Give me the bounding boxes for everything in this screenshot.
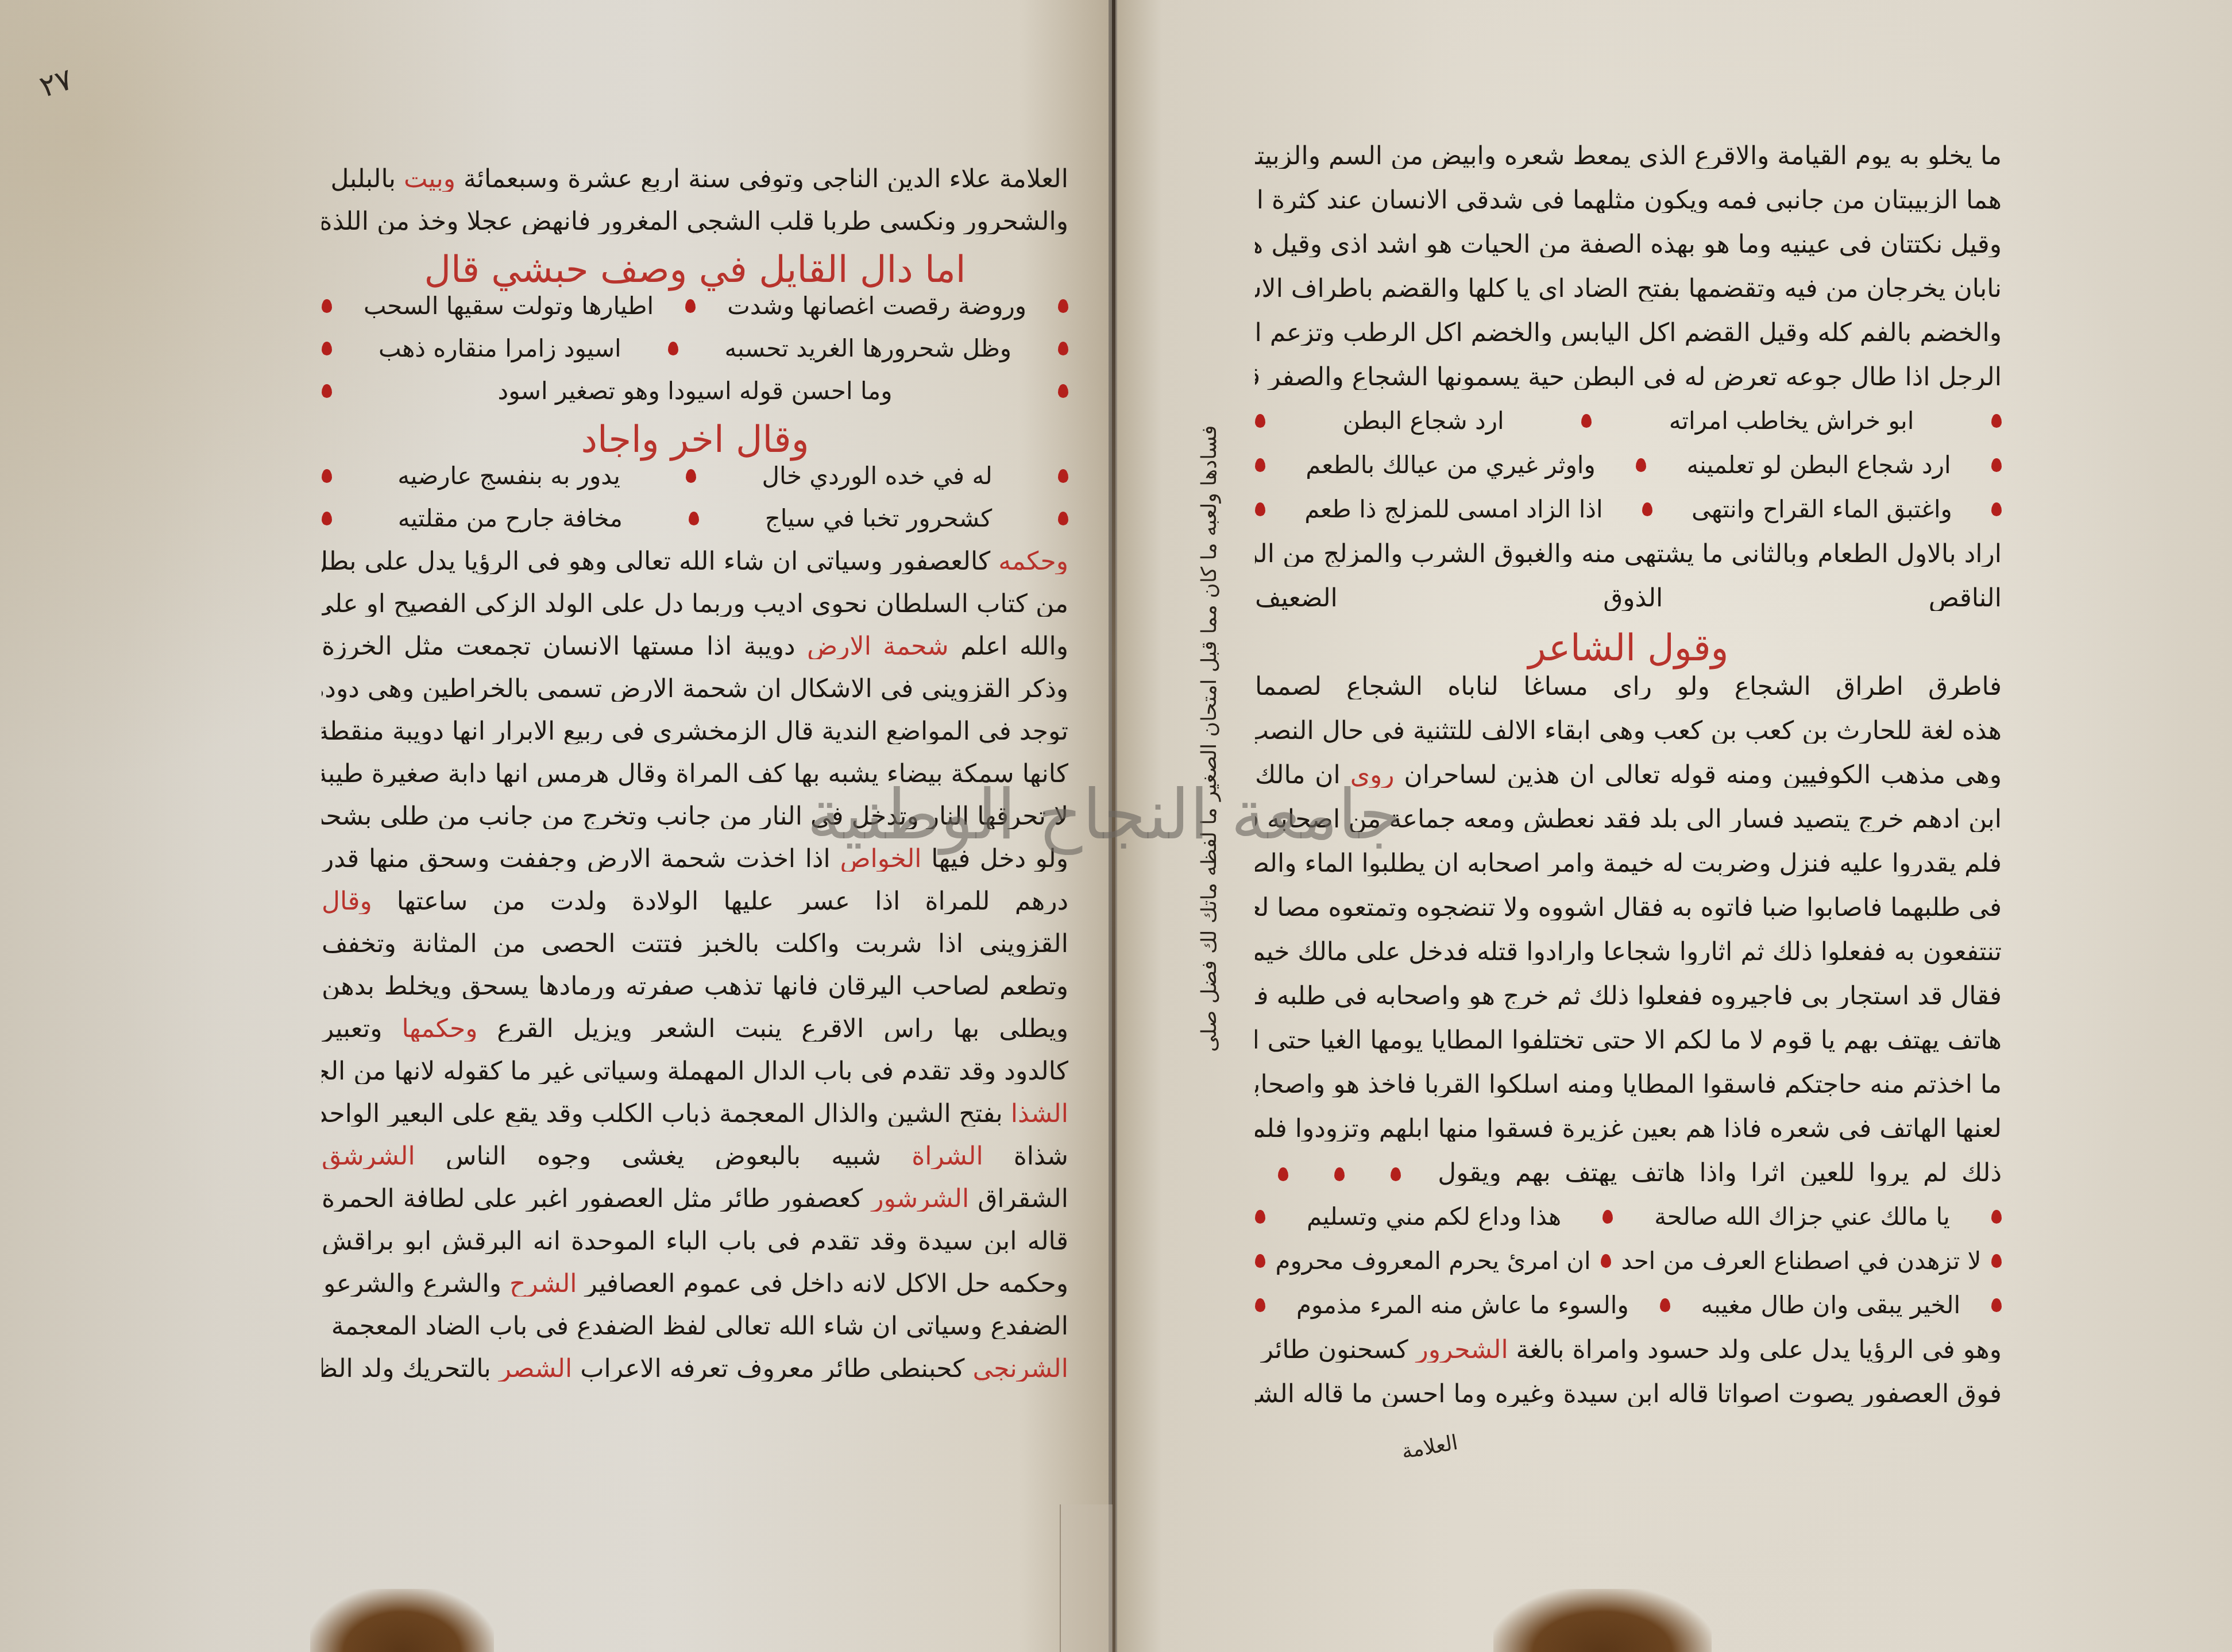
spine-fold-tab <box>1060 1504 1113 1652</box>
verse-marker-icon <box>1278 1167 1288 1181</box>
text-segment: وتعبير <box>322 1016 383 1042</box>
text-segment: وقيل نكتتان في عينيه وما هو بهذه الصفة م… <box>1255 232 2002 257</box>
verse-marker-icon <box>1991 414 2002 428</box>
text-segment: درهم للمراة اذا عسر عليها الولادة ولدت م… <box>372 889 1068 914</box>
hemistich: ابو خراش يخاطب امراته <box>1669 409 1914 433</box>
text-segment: ذلك لم يروا للعين اثرا واذا هاتف يهتف به… <box>1424 1160 2002 1186</box>
hemistich: ان امرئ يحرم المعروف محروم <box>1276 1249 1591 1273</box>
text-line: القزويني اذا شربت واكلت بالخبز فتتت الحص… <box>322 931 1068 957</box>
water-stain-right <box>1493 1589 1712 1652</box>
hemistich: يا مالك عني جزاك الله صالحة <box>1654 1205 1950 1229</box>
text-segment: وهي مذهب الكوفيين ومنه قوله تعالى ان هذي… <box>1395 763 2002 788</box>
text-segment: وحكمه حل الاكل لانه داخل في عموم العصافي… <box>577 1271 1068 1297</box>
rubric-word: الشرشور <box>863 1186 969 1212</box>
rubric-word: الخواص <box>831 846 922 872</box>
verse-marker-icon <box>1991 458 2002 472</box>
rubric-word: وبيت <box>396 167 455 192</box>
verse-line: لا تزهدن في اصطناع العرف من احدان امرئ ي… <box>1255 1249 2002 1273</box>
text-line: شذاة الشراة شبيه بالبعوض يغشى وجوه الناس… <box>322 1144 1068 1169</box>
rubric-word: الشراة <box>881 1144 983 1169</box>
text-line: والله اعلم شحمة الارض دويبة اذا مستها ال… <box>322 634 1068 659</box>
text-line: توجد في المواضع الندية قال الزمخشري في ر… <box>322 719 1068 744</box>
text-line: كانها سمكة بيضاء يشبه بها كف المراة وقال… <box>322 761 1068 787</box>
rubric-word: الشرشق <box>322 1144 415 1169</box>
text-line: وحكمه حل الاكل لانه داخل في عموم العصافي… <box>322 1271 1068 1297</box>
verse-marker-icon <box>1991 1254 2002 1268</box>
text-line: هاتف يهتف بهم يا قوم لا ما لكم الا حتى ت… <box>1255 1028 2002 1053</box>
text-segment: الضفدع وسياتي ان شاء الله تعالى لفظ الضف… <box>322 1314 1068 1339</box>
text-segment: فقال قد استجار بي فاجيروه ففعلوا ذلك ثم … <box>1255 984 2002 1009</box>
text-segment: لعنها الهاتف في شعره فاذا هم بعين غزيرة … <box>1255 1116 2002 1142</box>
text-segment: ولو دخل فيها <box>922 846 1068 872</box>
verse-marker-icon <box>322 384 332 398</box>
text-segment: كحبنطي طائر معروف تعرفه الاعراب <box>572 1356 964 1382</box>
rubric-heading: وقال اخر واجاد <box>322 421 1068 458</box>
text-segment: العلامة علاء الدين الناجي وتوفي سنة اربع… <box>455 167 1068 192</box>
water-stain-left <box>310 1589 494 1652</box>
verse-line: وما احسن قوله اسيودا وهو تصغير اسود <box>322 379 1068 403</box>
text-segment: والشحرور ونكسي طربا قلب الشجي المغرور فا… <box>322 209 1068 234</box>
verse-marker-icon <box>1255 1210 1265 1224</box>
book-spine <box>1112 0 1115 1652</box>
hemistich: كشحرور تخبا في سياج <box>765 506 993 531</box>
text-segment: وذكر القزويني في الاشكال ان شحمة الارض ت… <box>322 676 1068 702</box>
hemistich: الخير يبقى وان طال مغيبه <box>1701 1293 1961 1317</box>
text-line: والخضم بالفم كله وقيل القضم اكل اليابس و… <box>1255 320 2002 346</box>
rubric-word: روى <box>1341 763 1395 788</box>
text-line: من كتاب السلطان نحوي اديب وربما دل على ا… <box>322 591 1068 617</box>
text-line: ولو دخل فيها الخواص اذا اخذت شحمة الارض … <box>322 846 1068 872</box>
hemistich: مخافة جارح من مقلتيه <box>398 506 623 531</box>
verse-marker-icon <box>1334 1167 1345 1181</box>
text-segment: فاطرق اطراق الشجاع ولو راى مساغا لناباه … <box>1255 674 2002 699</box>
text-segment: ما يخلو به يوم القيامة والاقرع الذي يمعط… <box>1255 144 2002 169</box>
verse-marker-icon <box>1058 299 1068 313</box>
verse-marker-icon <box>1255 502 1265 516</box>
verse-line: ابو خراش يخاطب امراتهارد شجاع البطن <box>1255 409 2002 433</box>
text-line: قاله ابن سيدة وقد تقدم في باب الباء المو… <box>322 1229 1068 1254</box>
hemistich: ارد شجاع البطن لو تعلمينه <box>1686 453 1951 477</box>
hemistich: له في خده الوردي خال <box>762 464 993 488</box>
text-segment: وتطعم لصاحب اليرقان فانها تذهب صفرته ورم… <box>322 974 1068 999</box>
verse-marker-icon <box>1991 1298 2002 1312</box>
verse-line: ارد شجاع البطن لو تعلمينهواوثر غيري من ع… <box>1255 453 2002 477</box>
verse-line: له في خده الوردي خاليدور به بنفسج عارضيه <box>322 464 1068 488</box>
verse-marker-icon <box>689 512 699 525</box>
hemistich: واغتبق الماء القراح وانتهى <box>1692 497 1952 521</box>
text-line: وهو في الرؤيا يدل على ولد حسود وامراة با… <box>1255 1337 2002 1363</box>
rubric-word: الشحرور <box>1408 1337 1508 1363</box>
verse-line: الخير يبقى وان طال مغيبهوالسوء ما عاش من… <box>1255 1293 2002 1317</box>
text-segment: دويبة اذا مستها الانسان تجمعت مثل الخرزة <box>322 634 796 659</box>
text-line: درهم للمراة اذا عسر عليها الولادة ولدت م… <box>322 889 1068 914</box>
text-segment: ان مالك <box>1255 763 1341 788</box>
verse-marker-icon <box>1642 502 1652 516</box>
text-segment: وهو في الرؤيا يدل على ولد حسود وامراة با… <box>1508 1337 2002 1363</box>
text-segment: تنتفعون به ففعلوا ذلك ثم اثاروا شجاعا وا… <box>1255 939 2002 965</box>
verse-marker-icon <box>1058 512 1068 525</box>
hemistich: والسوء ما عاش منه المرء مذموم <box>1296 1293 1629 1317</box>
text-segment: في طلبهما فاصابوا ضبا فاتوه به فقال اشوو… <box>1255 895 2002 920</box>
marginal-note: فسادها ولعبه ما كان مما قبل امتحان الصغي… <box>1198 425 1244 1057</box>
text-line: فلم يقدروا عليه فنزل وضربت له خيمة وامر … <box>1255 851 2002 876</box>
verse-marker-icon <box>1255 458 1265 472</box>
text-segment: توجد في المواضع الندية قال الزمخشري في ر… <box>322 719 1068 744</box>
text-segment: والشرع والشرعوب ٥ <box>322 1271 501 1297</box>
text-line: فوق العصفور يصوت اصواتا قاله ابن سيدة وغ… <box>1255 1382 2002 1407</box>
text-line: ويطلى بها راس الاقرع ينبت الشعر ويزيل ال… <box>322 1016 1068 1042</box>
text-line: وذكر القزويني في الاشكال ان شحمة الارض ت… <box>322 676 1068 702</box>
verse-marker-icon <box>1602 1210 1613 1224</box>
verse-marker-icon <box>322 299 332 313</box>
text-segment: كالعصفور وسياتي ان شاء الله تعالى وهو في… <box>322 549 990 574</box>
verse-marker-icon <box>1991 1210 2002 1224</box>
text-segment: هاتف يهتف بهم يا قوم لا ما لكم الا حتى ت… <box>1255 1028 2002 1053</box>
text-segment: بالتحريك ولد الظبية <box>322 1356 491 1382</box>
text-segment: من كتاب السلطان نحوي اديب وربما دل على ا… <box>322 591 1068 617</box>
text-line: الشذا بفتح الشين والذال المعجمة ذباب الك… <box>322 1101 1068 1127</box>
text-line: اراد بالاول الطعام وبالثاني ما يشتهى منه… <box>1255 541 2002 567</box>
text-segment: اراد بالاول الطعام وبالثاني ما يشتهى منه… <box>1255 541 2002 567</box>
text-segment: كعصفور طائر مثل العصفور اغبر على لطافة ا… <box>322 1186 863 1212</box>
verse-marker-icon <box>1255 414 1265 428</box>
verse-marker-icon <box>685 299 696 313</box>
text-segment: ما اخذتم منه حاجتكم فاسقوا المطايا ومنه … <box>1255 1072 2002 1097</box>
verse-line: وروضة رقصت اغصانها وشدتاطيارها وتولت سقي… <box>322 294 1068 318</box>
text-line: الرجل اذا طال جوعه تعرض له في البطن حية … <box>1255 365 2002 390</box>
text-line: الشرنجي كحبنطي طائر معروف تعرفه الاعراب … <box>322 1356 1068 1382</box>
rubric-word: الشرح <box>501 1271 577 1297</box>
text-segment: بالبلبل الهزار <box>322 167 396 192</box>
verse-marker-icon <box>322 512 332 525</box>
text-line: ما يخلو به يوم القيامة والاقرع الذي يمعط… <box>1255 144 2002 169</box>
text-line: ذلك لم يروا للعين اثرا واذا هاتف يهتف به… <box>1255 1160 2002 1186</box>
verse-marker-icon <box>1058 384 1068 398</box>
hemistich: اسيود زامرا منقاره ذهب <box>379 336 621 361</box>
verse-marker-icon <box>1636 458 1646 472</box>
text-segment: القزويني اذا شربت واكلت بالخبز فتتت الحص… <box>322 931 1068 957</box>
rubric-word: الشصر <box>491 1356 572 1382</box>
text-segment: فوق العصفور يصوت اصواتا قاله ابن سيدة وغ… <box>1255 1382 2002 1407</box>
rubric-word: وحكمه <box>990 549 1068 574</box>
text-segment: الناقص الذوق الضعيف <box>1255 586 2002 611</box>
text-segment: قاله ابن سيدة وقد تقدم في باب الباء المو… <box>322 1229 1068 1254</box>
text-segment: هذه لغة للحارث بن كعب بن كعب وهي ابقاء ا… <box>1255 718 2002 744</box>
rubric-heading: وقول الشاعر <box>1255 630 2002 667</box>
verse-marker-icon <box>1581 414 1592 428</box>
hemistich: ارد شجاع البطن <box>1343 409 1504 433</box>
text-line: وحكمه كالعصفور وسياتي ان شاء الله تعالى … <box>322 549 1068 574</box>
text-line: كالدود وقد تقدم في باب الدال المهملة وسي… <box>322 1059 1068 1084</box>
verse-marker-icon <box>668 342 678 355</box>
hemistich: اطيارها وتولت سقيها السحب <box>364 294 654 318</box>
text-segment: اذا اخذت شحمة الارض وجففت وسحق منها قدر <box>322 846 831 872</box>
rubric-word: وحكمها <box>383 1016 478 1042</box>
verse-marker-icon <box>322 469 332 483</box>
rubric-word: وقال <box>322 889 372 914</box>
text-line: فقال قد استجار بي فاجيروه ففعلوا ذلك ثم … <box>1255 984 2002 1009</box>
verse-line: واغتبق الماء القراح وانتهىاذا الزاد امسى… <box>1255 497 2002 521</box>
verse-marker-icon <box>1255 1254 1265 1268</box>
text-segment: الرجل اذا طال جوعه تعرض له في البطن حية … <box>1255 365 2002 390</box>
verse-marker-icon <box>322 342 332 355</box>
rubric-heading: اما دال القايل في وصف حبشي قال <box>322 252 1068 288</box>
text-segment: والخضم بالفم كله وقيل القضم اكل اليابس و… <box>1255 320 2002 346</box>
verse-marker-icon <box>1601 1254 1611 1268</box>
text-line: الضفدع وسياتي ان شاء الله تعالى لفظ الضف… <box>322 1314 1068 1339</box>
verse-marker-icon <box>1991 502 2002 516</box>
text-line: نابان يخرجان من فيه وتقضمها بفتح الضاد ا… <box>1255 276 2002 301</box>
hemistich: واوثر غيري من عيالك بالطعم <box>1306 453 1595 477</box>
text-segment: لا تحرقها النار وتدخل في النار من جانب و… <box>322 804 1068 829</box>
text-segment: الشقراق <box>969 1186 1068 1212</box>
text-segment: ابن ادهم خرج يتصيد فسار الى بلد فقد نعطش… <box>1255 807 2002 832</box>
text-line: ابن ادهم خرج يتصيد فسار الى بلد فقد نعطش… <box>1255 807 2002 832</box>
text-segment: فلم يقدروا عليه فنزل وضربت له خيمة وامر … <box>1255 851 2002 876</box>
text-segment: والله اعلم <box>949 634 1068 659</box>
text-line: والشحرور ونكسي طربا قلب الشجي المغرور فا… <box>322 209 1068 234</box>
text-line: لا تحرقها النار وتدخل في النار من جانب و… <box>322 804 1068 829</box>
rubric-word: الشرنجي <box>965 1356 1068 1382</box>
verse-marker-icon <box>1660 1298 1670 1312</box>
text-segment: شذاة <box>983 1144 1068 1169</box>
text-line: فاطرق اطراق الشجاع ولو راى مساغا لناباه … <box>1255 674 2002 699</box>
text-segment: هما الزبيبتان من جانبي فمه ويكون مثلهما … <box>1255 188 2002 213</box>
text-segment: كسحنون طائر اسود <box>1255 1337 1408 1363</box>
text-segment: كالدود وقد تقدم في باب الدال المهملة وسي… <box>322 1059 1068 1084</box>
manuscript-spread: ٢٧ العلامة علاء الدين الناجي وتوفي سنة ا… <box>0 0 2232 1652</box>
text-line: وقيل نكتتان في عينيه وما هو بهذه الصفة م… <box>1255 232 2002 257</box>
rubric-word: شحمة الارض <box>796 634 949 659</box>
text-line: العلامة علاء الدين الناجي وتوفي سنة اربع… <box>322 167 1068 192</box>
text-line: لعنها الهاتف في شعره فاذا هم بعين غزيرة … <box>1255 1116 2002 1142</box>
rubric-word: الشذا <box>1003 1101 1068 1127</box>
text-line: في طلبهما فاصابوا ضبا فاتوه به فقال اشوو… <box>1255 895 2002 920</box>
hemistich: وروضة رقصت اغصانها وشدت <box>727 294 1026 318</box>
text-segment: شبيه بالبعوض يغشى وجوه الناس <box>415 1144 881 1169</box>
text-line: وهي مذهب الكوفيين ومنه قوله تعالى ان هذي… <box>1255 763 2002 788</box>
text-line: ما اخذتم منه حاجتكم فاسقوا المطايا ومنه … <box>1255 1072 2002 1097</box>
text-line: الناقص الذوق الضعيف <box>1255 586 2002 611</box>
text-segment: ويطلى بها راس الاقرع ينبت الشعر ويزيل ال… <box>477 1016 1068 1042</box>
text-segment: كانها سمكة بيضاء يشبه بها كف المراة وقال… <box>322 761 1068 787</box>
verse-line: يا مالك عني جزاك الله صالحةهذا وداع لكم … <box>1255 1205 2002 1229</box>
text-segment: بفتح الشين والذال المعجمة ذباب الكلب وقد… <box>322 1101 1003 1127</box>
hemistich: وظل شحرورها الغريد تحسبه <box>724 336 1011 361</box>
text-line: الشقراق الشرشور كعصفور طائر مثل العصفور … <box>322 1186 1068 1212</box>
hemistich: هذا وداع لكم مني وتسليم <box>1307 1205 1561 1229</box>
text-line: وتطعم لصاحب اليرقان فانها تذهب صفرته ورم… <box>322 974 1068 999</box>
hemistich: وما احسن قوله اسيودا وهو تصغير اسود <box>497 379 892 403</box>
verse-marker-icon <box>1391 1167 1401 1181</box>
text-line: هما الزبيبتان من جانبي فمه ويكون مثلهما … <box>1255 188 2002 213</box>
text-line: هذه لغة للحارث بن كعب بن كعب وهي ابقاء ا… <box>1255 718 2002 744</box>
verse-marker-icon <box>1255 1298 1265 1312</box>
verse-line: كشحرور تخبا في سياجمخافة جارح من مقلتيه <box>322 506 1068 531</box>
text-segment: نابان يخرجان من فيه وتقضمها بفتح الضاد ا… <box>1255 276 2002 301</box>
verse-marker-icon <box>1058 342 1068 355</box>
verse-marker-icon <box>1058 469 1068 483</box>
hemistich: يدور به بنفسج عارضيه <box>397 464 620 488</box>
text-line: تنتفعون به ففعلوا ذلك ثم اثاروا شجاعا وا… <box>1255 939 2002 965</box>
hemistich: لا تزهدن في اصطناع العرف من احد <box>1621 1249 1982 1273</box>
verse-line: وظل شحرورها الغريد تحسبهاسيود زامرا منقا… <box>322 336 1068 361</box>
hemistich: اذا الزاد امسى للمزلج ذا طعم <box>1304 497 1603 521</box>
verse-marker-icon <box>686 469 696 483</box>
